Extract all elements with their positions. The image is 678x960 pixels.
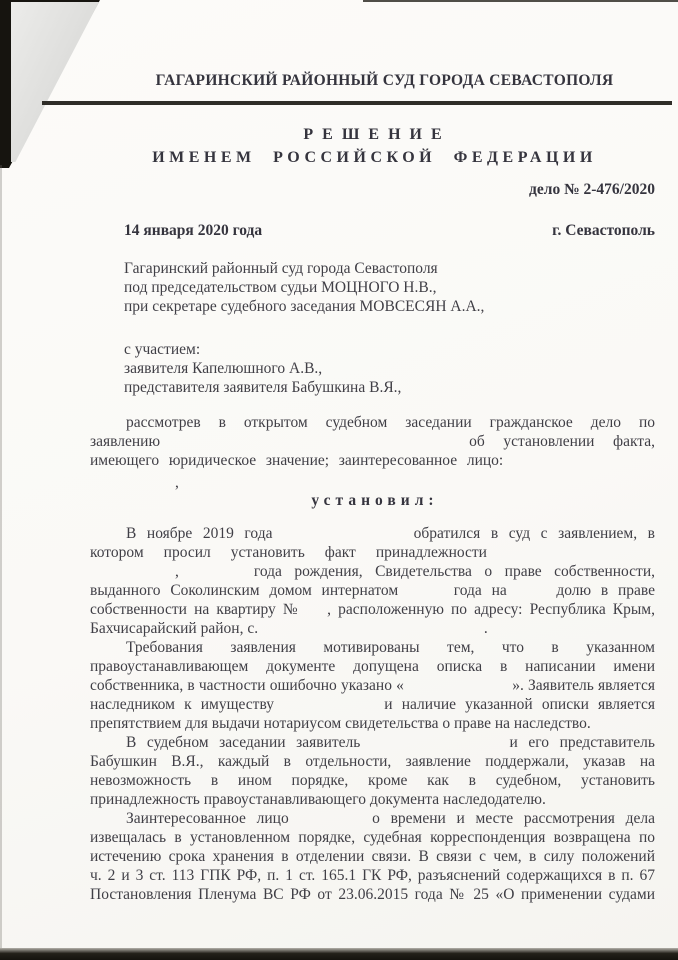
text-line: невозможность в ином порядке, кроме как … (90, 771, 655, 790)
text-line: при секретаре судебного заседания МОВСЕС… (124, 297, 655, 316)
text-line: В судебном заседании заявитель и его пре… (90, 733, 655, 752)
redacted-blank (507, 556, 655, 557)
text-line: Бахчисарайский район, с. . (90, 619, 655, 638)
text-line: Постановления Пленума ВС РФ от 23.06.201… (90, 885, 655, 904)
established-heading: установил: (90, 492, 655, 510)
text-line: под председательством судьи МОЦНОГО Н.В.… (124, 278, 655, 297)
redacted-blank (191, 575, 241, 576)
text-line: истечению срока хранения в отделении свя… (90, 847, 655, 866)
redacted-blank (262, 632, 480, 633)
court-panel-lines: Гагаринский районный суд города Севастоп… (124, 259, 655, 316)
text-line: Заинтересованное лицо о времени и месте … (90, 809, 655, 828)
header-double-rule (42, 101, 672, 105)
text-line: собственника, в частности ошибочно указа… (90, 676, 655, 695)
text-line: правоустанавливающем документе допущена … (90, 657, 655, 676)
court-decision-page: ГАГАРИНСКИЙ РАЙОННЫЙ СУД ГОРОДА СЕВАСТОП… (90, 0, 655, 904)
redacted-blank (283, 708, 375, 709)
text-line: с участием: (124, 340, 655, 359)
court-name-header: ГАГАРИНСКИЙ РАЙОННЫЙ СУД ГОРОДА СЕВАСТОП… (102, 72, 667, 90)
participants-lines: с участием:заявителя Капелюшного А.В.,пр… (124, 340, 655, 397)
text-line: препятствием для выдачи нотариусом свиде… (90, 714, 655, 733)
paragraph: В ноябре 2019 года обратился в суд с зая… (90, 524, 655, 638)
paragraph: Требования заявления мотивированы тем, ч… (90, 638, 655, 733)
decision-subtitle: ИМЕНЕМ РОССИЙСКОЙ ФЕДЕРАЦИИ (90, 149, 655, 167)
redacted-blank (308, 613, 320, 614)
redacted-name-comma-line: , (90, 473, 655, 492)
decision-date: 14 января 2020 года (124, 222, 262, 240)
redacted-blank (408, 594, 444, 595)
redacted-blank (179, 445, 451, 446)
text-line: Гагаринский районный суд города Севастоп… (124, 259, 655, 278)
text-line: собственности на квартиру № , расположен… (90, 600, 655, 619)
text-line: принадлежность правоустанавливающего док… (90, 790, 655, 809)
text-line: , года рождения, Свидетельства о праве с… (90, 562, 655, 581)
text-line: наследником к имуществу и наличие указан… (90, 695, 655, 714)
redacted-blank (299, 822, 361, 823)
decision-title: РЕШЕНИЕ (90, 126, 655, 144)
redacted-blank (513, 464, 655, 465)
page-folded-corner (11, 2, 99, 162)
text-line: В ноябре 2019 года обратился в суд с зая… (90, 524, 655, 543)
redacted-blank (517, 594, 547, 595)
text-line: котором просил установить факт принадлеж… (90, 543, 655, 562)
text-line: извещалась в установленном порядке, суде… (90, 828, 655, 847)
date-place-row: 14 января 2020 года г. Севастополь (90, 222, 655, 240)
text-line: рассмотрев в открытом судебном заседании… (90, 413, 655, 432)
main-paragraphs: В ноябре 2019 года обратился в суд с зая… (90, 524, 655, 904)
text-line: имеющего юридическое значение; заинтерес… (90, 451, 655, 470)
text-line: заявлению об установлении факта, (90, 432, 655, 451)
redacted-blank (90, 486, 175, 487)
case-number: дело № 2-476/2020 (90, 181, 655, 199)
text-line: ч. 2 и 3 ст. 113 ГПК РФ, п. 1 ст. 165.1 … (90, 866, 655, 885)
scan-edge-bottom (0, 948, 678, 960)
redacted-blank (90, 575, 175, 576)
redacted-blank (283, 537, 403, 538)
orphan-comma-line: , (90, 473, 655, 492)
preamble-lines: рассмотрев в открытом судебном заседании… (90, 413, 655, 470)
text-line: Требования заявления мотивированы тем, ч… (90, 638, 655, 657)
paragraph: В судебном заседании заявитель и его пре… (90, 733, 655, 809)
text-line: заявителя Капелюшного А.В., (124, 359, 655, 378)
text-line: представителя заявителя Бабушкина В.Я., (124, 378, 655, 397)
text-line: Бабушкин В.Я., каждый в отдельности, зая… (90, 752, 655, 771)
redacted-blank (408, 689, 508, 690)
paragraph: Заинтересованное лицо о времени и месте … (90, 809, 655, 904)
decision-place: г. Севастополь (552, 222, 655, 240)
scan-edge-left (0, 165, 2, 948)
text-line: выданного Соколинским домом интернатом г… (90, 581, 655, 600)
redacted-blank (371, 746, 499, 747)
